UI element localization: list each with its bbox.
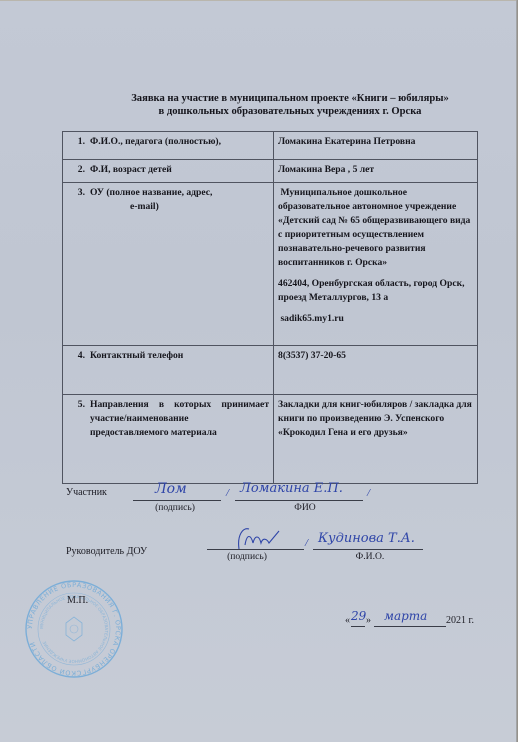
- organization-name: Муниципальное дошкольное образовательное…: [278, 186, 473, 270]
- phone-value: 8(3537) 37-20-65: [278, 349, 473, 363]
- row-label-cell: 3. ОУ (полное название, адрес, e-mail): [63, 183, 274, 346]
- separator-slash: /: [305, 537, 308, 549]
- participant-name-line: [235, 500, 363, 501]
- date-month-handwritten: марта: [384, 609, 427, 623]
- date-open-quote: «: [345, 615, 350, 626]
- organization-address: 462404, Оренбургская область, город Орск…: [278, 277, 473, 305]
- row-value-cell: 8(3537) 37-20-65: [274, 346, 478, 395]
- date-year: 2021 г.: [446, 615, 474, 626]
- date-day-handwritten: 29: [351, 609, 366, 623]
- row-number: 4.: [67, 349, 85, 363]
- row-label-cell: 2. Ф.И, возраст детей: [63, 160, 274, 183]
- row-number: 3.: [67, 186, 85, 214]
- participant-signature-line: [133, 500, 221, 501]
- date-day-line: [351, 626, 365, 627]
- table-row: 3. ОУ (полное название, адрес, e-mail) М…: [63, 183, 478, 346]
- title-line-1: Заявка на участие в муниципальном проект…: [100, 92, 480, 105]
- paper-top-edge: [0, 0, 518, 1]
- row-value: Ломакина Екатерина Петровна: [278, 135, 473, 149]
- row-value-cell: Ломакина Вера , 5 лет: [274, 160, 478, 183]
- row-value: Ломакина Вера , 5 лет: [278, 163, 473, 177]
- date-month-line: [374, 626, 446, 627]
- application-form-table: 1. Ф.И.О., педагога (полностью), Ломакин…: [62, 131, 478, 484]
- title-line-2: в дошкольных образовательных учреждениях…: [100, 105, 480, 118]
- row-label: Контактный телефон: [90, 349, 269, 363]
- director-handwritten-name: Кудинова Т.А.: [318, 531, 415, 546]
- organization-website: sadik65.my1.ru: [278, 312, 473, 326]
- stamp-place-label: М.П.: [67, 595, 88, 606]
- row-label: Направления в которых принимает участие/…: [90, 398, 269, 440]
- participant-label: Участник: [66, 487, 107, 498]
- director-signature-scribble: [235, 525, 285, 551]
- row-value-cell: Ломакина Екатерина Петровна: [274, 132, 478, 160]
- director-name-line: [313, 549, 423, 550]
- row-label: Ф.И.О., педагога (полностью),: [90, 135, 269, 149]
- participant-signature-caption: (подпись): [140, 502, 210, 513]
- table-row: 5. Направления в которых принимает участ…: [63, 395, 478, 484]
- separator-slash: /: [226, 487, 229, 499]
- row-value-cell: Закладки для книг-юбиляров / закладка дл…: [274, 395, 478, 484]
- row-label-cell: 5. Направления в которых принимает участ…: [63, 395, 274, 484]
- table-row: 4. Контактный телефон 8(3537) 37-20-65: [63, 346, 478, 395]
- row-label-cell: 4. Контактный телефон: [63, 346, 274, 395]
- table-row: 1. Ф.И.О., педагога (полностью), Ломакин…: [63, 132, 478, 160]
- official-stamp: УПРАВЛЕНИЕ ОБРАЗОВАНИЯ Г. ОРСКА ОРЕНБУРГ…: [24, 579, 124, 679]
- separator-slash: /: [367, 487, 370, 499]
- row-label-cell: 1. Ф.И.О., педагога (полностью),: [63, 132, 274, 160]
- participant-handwritten-name: Ломакина Е.П.: [240, 481, 343, 496]
- row-label-line-2: e-mail): [90, 200, 269, 214]
- director-label: Руководитель ДОУ: [66, 546, 147, 557]
- row-number: 1.: [67, 135, 85, 149]
- participant-name-caption: ФИО: [280, 502, 330, 513]
- director-signature-caption: (подпись): [212, 551, 282, 562]
- row-label: Ф.И, возраст детей: [90, 163, 269, 177]
- table-row: 2. Ф.И, возраст детей Ломакина Вера , 5 …: [63, 160, 478, 183]
- row-number: 2.: [67, 163, 85, 177]
- date-close-quote: »: [366, 615, 371, 626]
- row-value-cell: Муниципальное дошкольное образовательное…: [274, 183, 478, 346]
- row-label: ОУ (полное название, адрес,: [90, 186, 269, 200]
- material-value: Закладки для книг-юбиляров / закладка дл…: [278, 398, 473, 440]
- participant-handwritten-signature: Лом: [155, 481, 187, 497]
- row-number: 5.: [67, 398, 85, 440]
- director-name-caption: Ф.И.О.: [345, 551, 395, 562]
- document-title: Заявка на участие в муниципальном проект…: [100, 92, 480, 118]
